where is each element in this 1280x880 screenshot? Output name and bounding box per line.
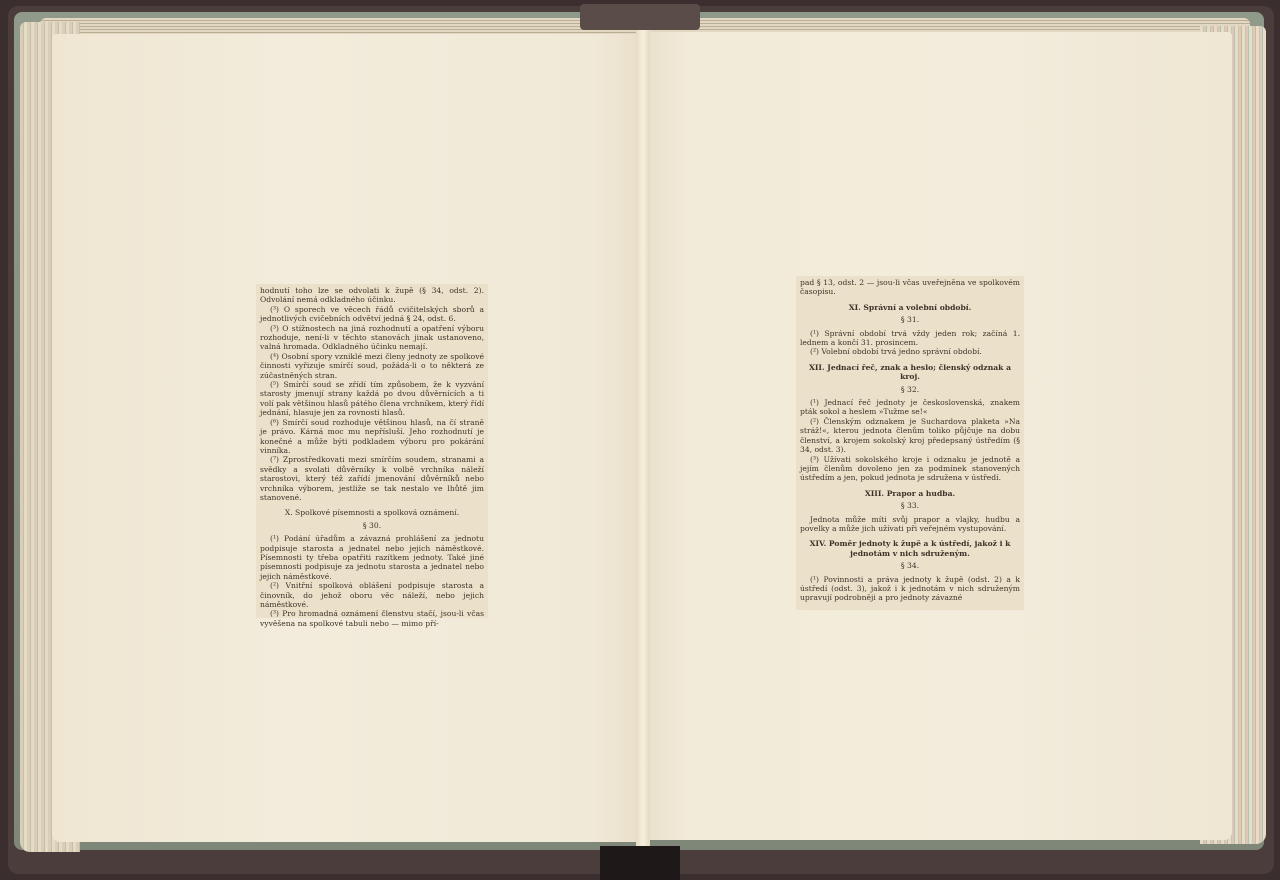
- paragraph-number: § 30.: [260, 521, 484, 530]
- paragraph: (⁷) Zprostředkovati mezi smírčím soudem,…: [260, 455, 484, 502]
- paragraph: (⁶) Smírčí soud rozhoduje většinou hlasů…: [260, 418, 484, 456]
- paragraph: (⁵) Smírčí soud se zřídí tím způsobem, ž…: [260, 380, 484, 418]
- paragraph-number: § 32.: [800, 385, 1020, 394]
- section-heading: XI. Správní a volební období.: [800, 303, 1020, 312]
- book-gutter: [636, 30, 650, 850]
- paragraph-number: § 34.: [800, 561, 1020, 570]
- paragraph: (³) O stížnostech na jiná rozhodnutí a o…: [260, 324, 484, 352]
- paragraph: (²) Volební období trvá jedno správní ob…: [800, 347, 1020, 356]
- section-heading: XII. Jednací řeč, znak a heslo; členský …: [800, 363, 1020, 382]
- left-text-slip: hodnutí toho lze se odvolati k župě (§ 3…: [256, 284, 488, 618]
- spine-bottom-shadow: [600, 846, 680, 880]
- paragraph: Jednota může míti svůj prapor a vlajky, …: [800, 515, 1020, 534]
- paragraph: (²) Vnitřní spolková oblášení podpisuje …: [260, 581, 484, 609]
- section-heading: XIII. Prapor a hudba.: [800, 489, 1020, 498]
- paragraph: (¹) Správní období trvá vždy jeden rok; …: [800, 329, 1020, 348]
- paragraph: (³) Pro hromadná oznámení členstvu stačí…: [260, 609, 484, 628]
- paragraph: pad § 13, odst. 2 — jsou-li včas uveřejn…: [800, 278, 1020, 297]
- paragraph: (³) O sporech ve věcech řádů cvičitelský…: [260, 305, 484, 324]
- paragraph: (⁴) Osobní spory vzniklé mezi členy jedn…: [260, 352, 484, 380]
- paragraph: (¹) Podání úřadům a závazná prohlášení z…: [260, 534, 484, 581]
- paragraph: (¹) Jednací řeč jednoty je československ…: [800, 398, 1020, 417]
- paragraph-number: § 33.: [800, 501, 1020, 510]
- paragraph: hodnutí toho lze se odvolati k župě (§ 3…: [260, 286, 484, 305]
- section-heading: X. Spolkové písemnosti a spolková oznáme…: [260, 508, 484, 517]
- paragraph: (²) Členským odznakem je Suchardova plak…: [800, 417, 1020, 455]
- paragraph: (¹) Povinnosti a práva jednoty k župě (o…: [800, 575, 1020, 603]
- right-text-slip: pad § 13, odst. 2 — jsou-li včas uveřejn…: [796, 276, 1024, 610]
- book-spine-top: [580, 4, 700, 30]
- paragraph: (³) Užívati sokolského kroje i odznaku j…: [800, 455, 1020, 483]
- paragraph-number: § 31.: [800, 315, 1020, 324]
- section-heading: XIV. Poměr jednoty k župě a k ústředí, j…: [800, 539, 1020, 558]
